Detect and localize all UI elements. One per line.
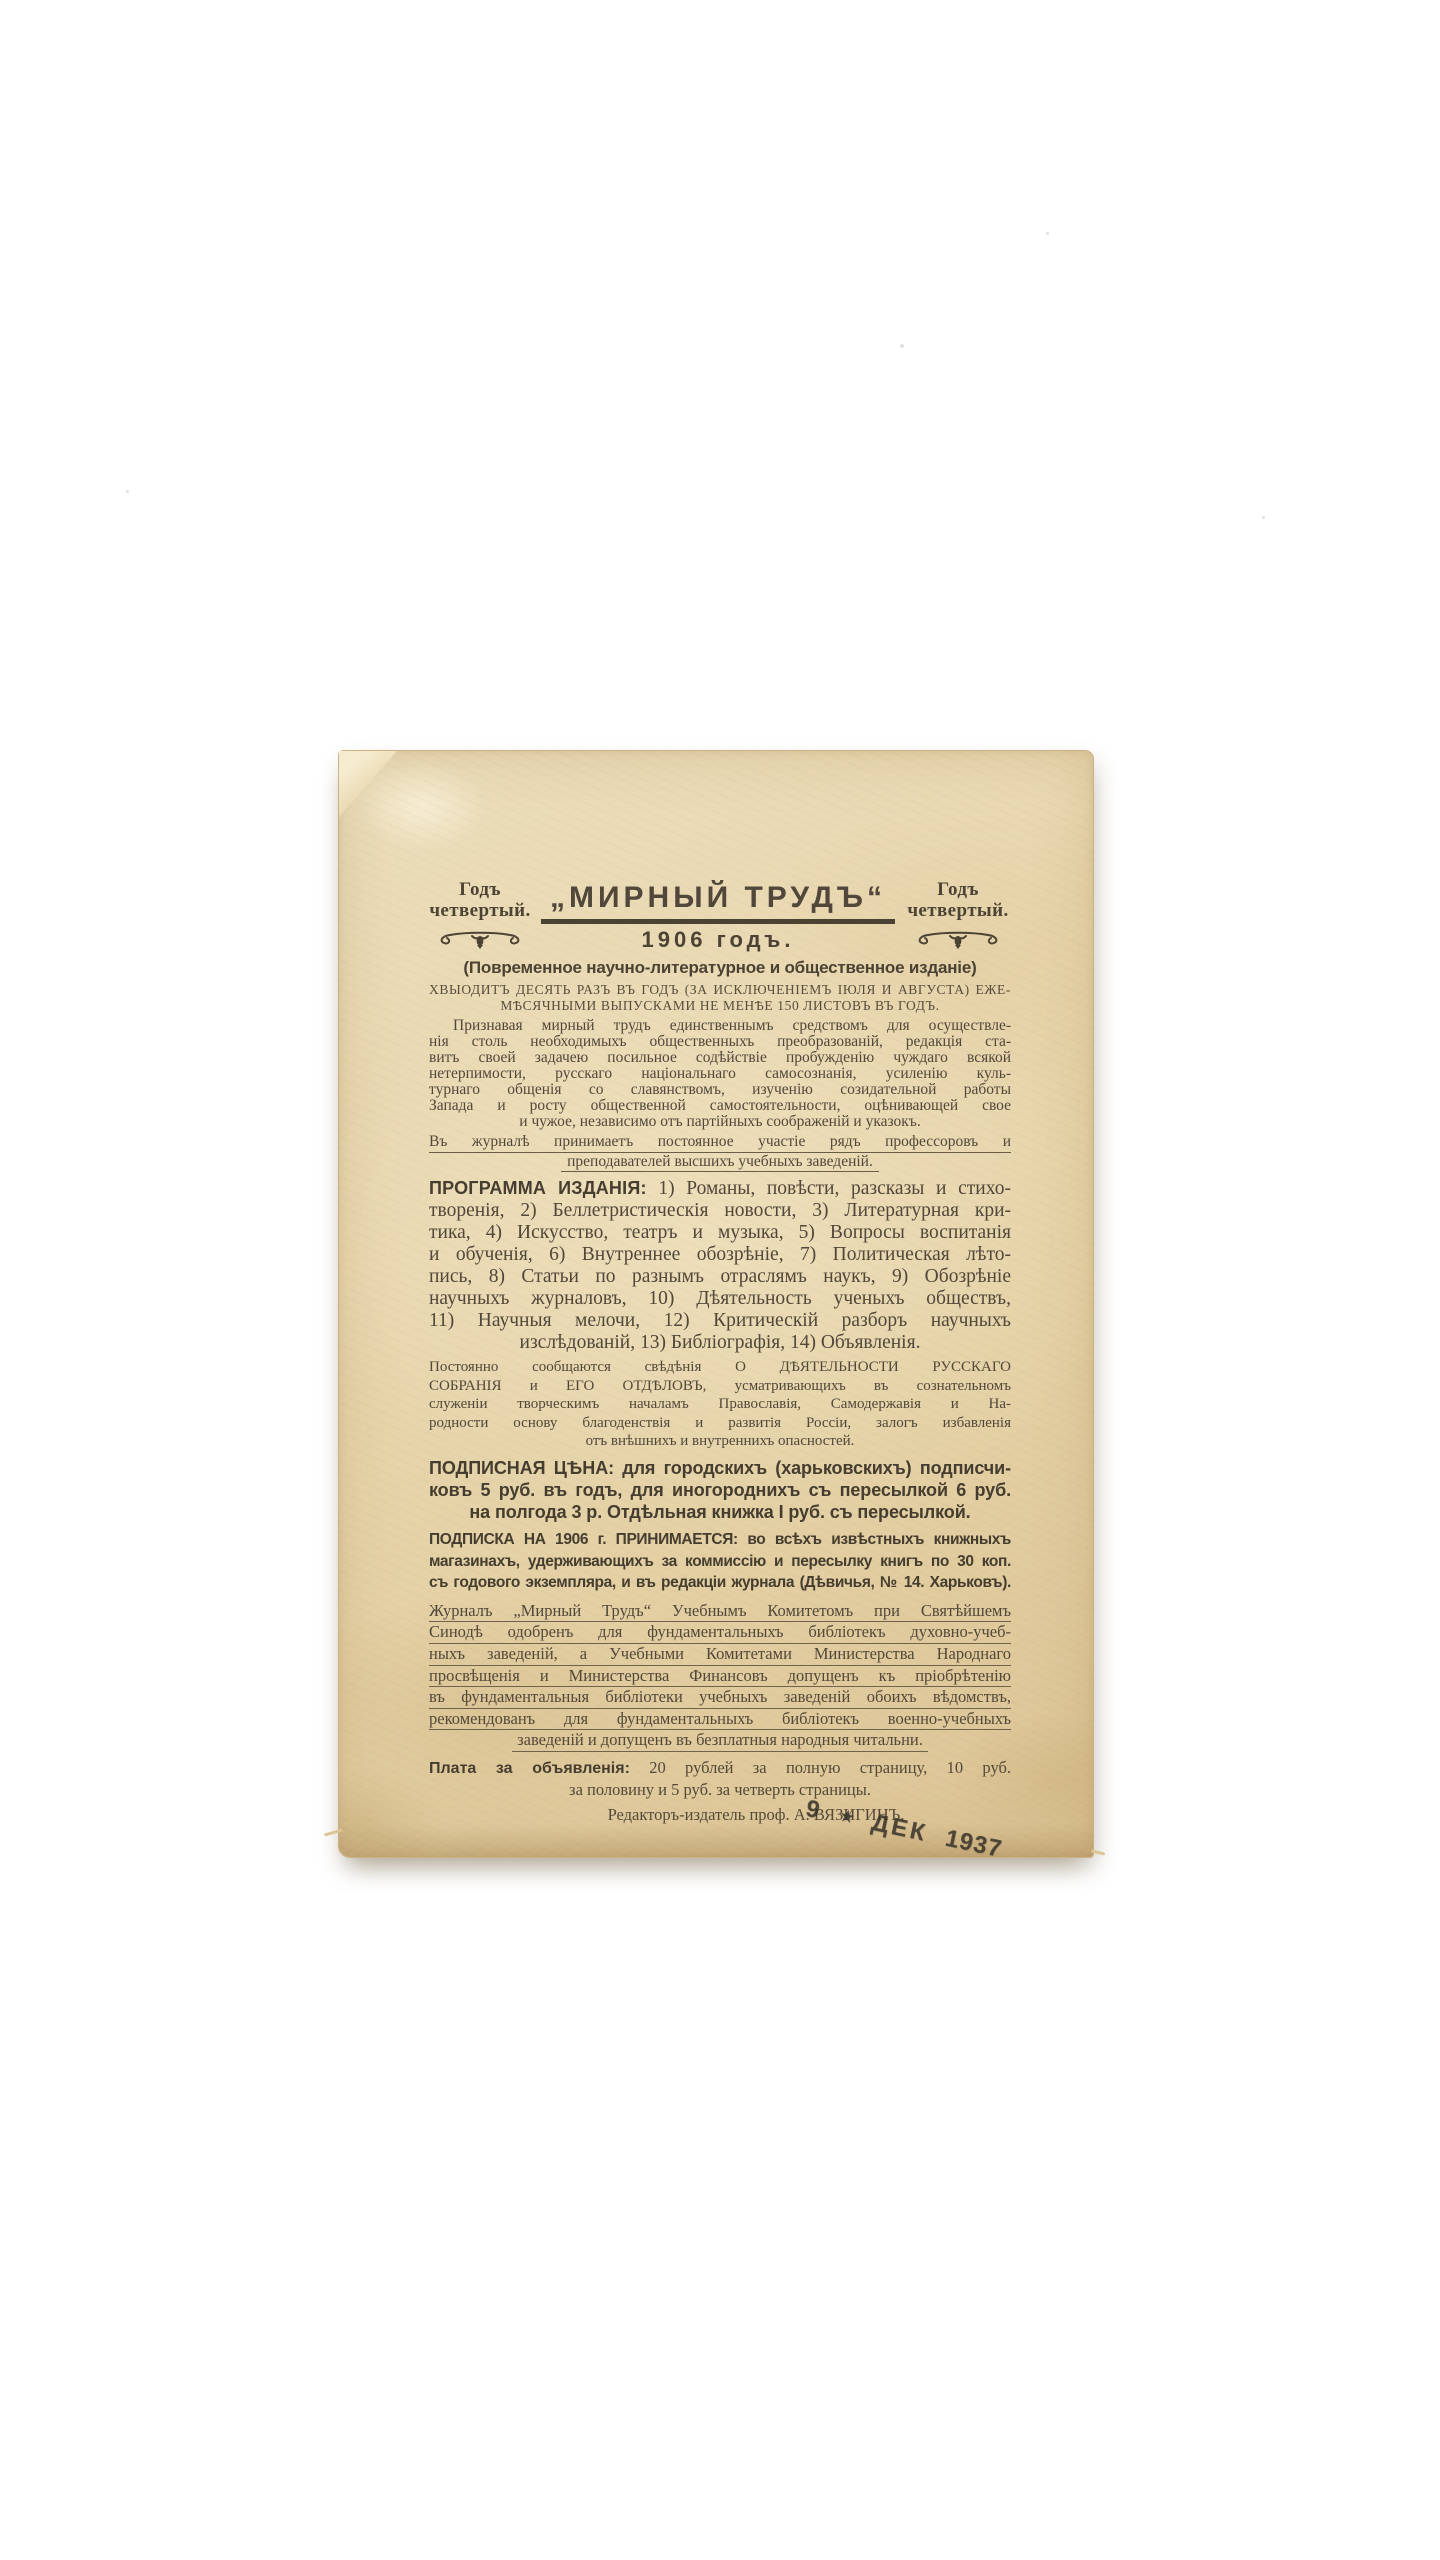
subscription-price: ПОДПИСНАЯ ЦѢНА: для городскихъ (харьковс… bbox=[429, 1457, 1011, 1524]
mission-line: Запада и росту общественной самостоятель… bbox=[429, 1098, 1011, 1114]
year-right-line1: Годъ bbox=[905, 879, 1011, 900]
page-title: „МИРНЫЙ ТРУДЪ“ bbox=[541, 880, 895, 924]
dust-speck bbox=[1262, 516, 1265, 519]
masthead: Годъ четвертый. „МИРНЫЙ ТРУДЪ“ Годъ четв… bbox=[429, 879, 1011, 924]
price-line: на полгода 3 р. Отдѣльная книжка I руб. … bbox=[429, 1501, 1011, 1523]
year-banner: 1906 годъ. bbox=[541, 926, 895, 953]
year-left-line1: Годъ bbox=[429, 879, 531, 900]
subtitle: (Повременное научно-литературное и общес… bbox=[429, 957, 1011, 978]
frequency-note: ХВЫОДИТЪ ДЕСЯТЬ РАЗЪ ВЪ ГОДЪ (ЗА ИСКЛЮЧЕ… bbox=[429, 982, 1011, 1014]
approval-line: ныхъ заведеній, а Учебными Комитетами Ми… bbox=[429, 1644, 1011, 1666]
mission-line: и чужое, независимо отъ партійныхъ сообр… bbox=[429, 1114, 1011, 1130]
programme-line: творенія, 2) Беллетристическія новости, … bbox=[429, 1200, 1011, 1222]
paper-fiber bbox=[324, 1828, 343, 1836]
advertising-line: за половину и 5 руб. за четверть страниц… bbox=[429, 1780, 1011, 1801]
approval-note: Журналъ „Мирный Трудъ“ Учебнымъ Комитето… bbox=[429, 1601, 1011, 1752]
advertising-rates: Плата за объявленія: 20 рублей за полную… bbox=[429, 1758, 1011, 1800]
programme-line: пись, 8) Статьи по разнымъ отраслямъ нау… bbox=[429, 1266, 1011, 1288]
assembly-note: Постоянно сообщаются свѣдѣнія О ДѢЯТЕЛЬН… bbox=[429, 1358, 1011, 1451]
mission-line: Признавая мирный трудъ единственнымъ сре… bbox=[429, 1018, 1011, 1034]
mission-line: нетерпимости, русскаго національнаго сам… bbox=[429, 1066, 1011, 1082]
dust-speck bbox=[1046, 232, 1049, 235]
page-content: Годъ четвертый. „МИРНЫЙ ТРУДЪ“ Годъ четв… bbox=[339, 751, 1093, 1825]
approval-line: заведеній и допущенъ въ безплатныя народ… bbox=[429, 1730, 1011, 1752]
participation-line: Въ журналѣ принимаетъ постоянное участіе… bbox=[429, 1133, 1011, 1153]
where-line: съ годового экземпляра, и въ редакціи жу… bbox=[429, 1572, 1011, 1594]
frequency-line: МѢСЯЧНЫМИ ВЫПУСКАМИ НЕ МЕНѢЕ 150 ЛИСТОВЪ… bbox=[429, 998, 1011, 1014]
frequency-line: ХВЫОДИТЪ ДЕСЯТЬ РАЗЪ ВЪ ГОДЪ (ЗА ИСКЛЮЧЕ… bbox=[429, 982, 1011, 998]
where-line: ПОДПИСКА НА 1906 г. ПРИНИМАЕТСЯ: во всѣх… bbox=[429, 1529, 1011, 1551]
assembly-line: родности основу благоденствія и развитія… bbox=[429, 1414, 1011, 1433]
price-line: ПОДПИСНАЯ ЦѢНА: для городскихъ (харьковс… bbox=[429, 1457, 1011, 1479]
programme-line: научныхъ журналовъ, 10) Дѣятельность уче… bbox=[429, 1288, 1011, 1310]
mission-line: турнаго общенія со славянствомъ, изучені… bbox=[429, 1082, 1011, 1098]
subscription-where: ПОДПИСКА НА 1906 г. ПРИНИМАЕТСЯ: во всѣх… bbox=[429, 1529, 1011, 1594]
participation-note: Въ журналѣ принимаетъ постоянное участіе… bbox=[429, 1133, 1011, 1172]
ornament-flourish-icon bbox=[429, 928, 531, 952]
advertising-line: Плата за объявленія: 20 рублей за полную… bbox=[429, 1758, 1011, 1780]
mission-line: нія столь необходимыхъ общественныхъ пре… bbox=[429, 1034, 1011, 1050]
ornament-flourish-icon bbox=[905, 928, 1011, 952]
paper-fiber bbox=[1091, 1849, 1105, 1855]
approval-line: просвѣщенія и Министерства Финансовъ доп… bbox=[429, 1666, 1011, 1688]
approval-line: въ фундаментальныя библіотеки учебныхъ з… bbox=[429, 1687, 1011, 1709]
assembly-line: Постоянно сообщаются свѣдѣнія О ДѢЯТЕЛЬН… bbox=[429, 1358, 1011, 1377]
assembly-line: служеніи творческимъ началамъ Православі… bbox=[429, 1395, 1011, 1414]
approval-line: Журналъ „Мирный Трудъ“ Учебнымъ Комитето… bbox=[429, 1601, 1011, 1623]
programme-section: ПРОГРАММА ИЗДАНІЯ: 1) Романы, повѣсти, р… bbox=[429, 1177, 1011, 1354]
dust-speck bbox=[900, 344, 904, 348]
where-line: магазинахъ, удерживающихъ за коммиссію и… bbox=[429, 1551, 1011, 1573]
advertising-heading: Плата за объявленія: bbox=[429, 1760, 630, 1777]
approval-line-text: заведеній и допущенъ въ безплатныя народ… bbox=[512, 1730, 928, 1752]
programme-line: изслѣдованій, 13) Библіографія, 14) Объя… bbox=[429, 1332, 1011, 1354]
approval-line: рекомендованъ для фундаментальныхъ библі… bbox=[429, 1709, 1011, 1731]
stamp-year: 1937 bbox=[943, 1825, 1005, 1863]
year-right-line2: четвертый. bbox=[905, 900, 1011, 921]
document-photo: Годъ четвертый. „МИРНЫЙ ТРУДЪ“ Годъ четв… bbox=[0, 0, 1440, 2560]
dust-speck bbox=[126, 490, 129, 493]
programme-line: тика, 4) Искусство, театръ и музыка, 5) … bbox=[429, 1222, 1011, 1244]
advertising-line-text: 20 рублей за полную страницу, 10 руб. bbox=[630, 1758, 1011, 1777]
year-left-line2: четвертый. bbox=[429, 900, 531, 921]
price-line: ковъ 5 руб. въ годъ, для иногороднихъ съ… bbox=[429, 1479, 1011, 1501]
participation-line-text: преподавателей высшихъ учебныхъ заведені… bbox=[561, 1153, 879, 1173]
year-right: Годъ четвертый. bbox=[905, 879, 1011, 924]
programme-line-text: 1) Романы, повѣсти, разсказы и стихо- bbox=[647, 1178, 1011, 1199]
journal-cover-page: Годъ четвертый. „МИРНЫЙ ТРУДЪ“ Годъ четв… bbox=[338, 750, 1094, 1858]
year-left: Годъ четвертый. bbox=[429, 879, 531, 924]
assembly-line: СОБРАНІЯ и ЕГО ОТДѢЛОВЪ, усматривающихъ … bbox=[429, 1377, 1011, 1396]
mission-paragraph: Признавая мирный трудъ единственнымъ сре… bbox=[429, 1018, 1011, 1130]
approval-line: Синодѣ одобренъ для фундаментальныхъ биб… bbox=[429, 1622, 1011, 1644]
mission-line: витъ своей задачею посильное содѣйствіе … bbox=[429, 1050, 1011, 1066]
programme-line: ПРОГРАММА ИЗДАНІЯ: 1) Романы, повѣсти, р… bbox=[429, 1177, 1011, 1200]
programme-line: 11) Научныя мелочи, 12) Критическій разб… bbox=[429, 1310, 1011, 1332]
participation-line: преподавателей высшихъ учебныхъ заведені… bbox=[429, 1153, 1011, 1173]
star-icon: ★ bbox=[839, 1807, 856, 1826]
assembly-line: отъ внѣшнихъ и внутреннихъ опасностей. bbox=[429, 1432, 1011, 1451]
programme-heading: ПРОГРАММА ИЗДАНІЯ: bbox=[429, 1178, 647, 1198]
masthead-row2: 1906 годъ. bbox=[429, 926, 1011, 953]
programme-line: и обученія, 6) Внутреннее обозрѣніе, 7) … bbox=[429, 1244, 1011, 1266]
